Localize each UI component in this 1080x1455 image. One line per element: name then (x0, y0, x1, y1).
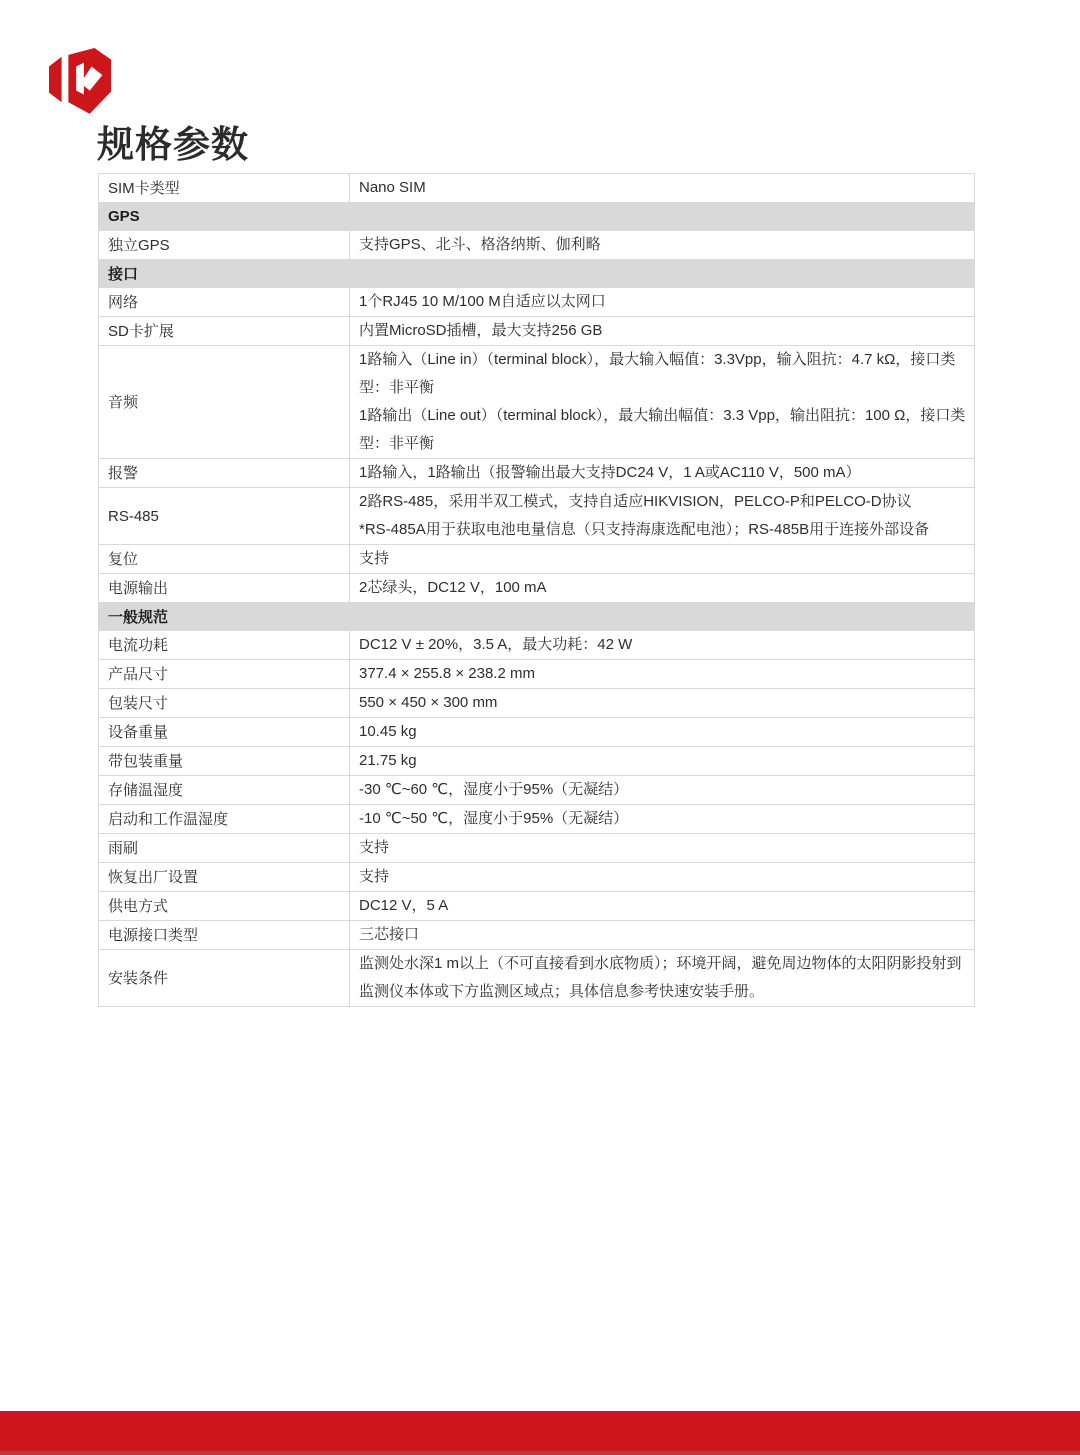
spec-label: 电流功耗 (99, 631, 350, 660)
spec-section-row: GPS (99, 203, 975, 231)
spec-row: 包装尺寸 550 × 450 × 300 mm (99, 689, 975, 718)
spec-label: 包装尺寸 (99, 689, 350, 718)
spec-value: 内置MicroSD插槽，最大支持256 GB (350, 317, 975, 346)
spec-row: 网络 1个RJ45 10 M/100 M自适应以太网口 (99, 288, 975, 317)
spec-value: -30 ℃~60 ℃，湿度小于95%（无凝结） (350, 776, 975, 805)
spec-section-header: GPS (99, 203, 975, 231)
spec-label: 恢复出厂设置 (99, 863, 350, 892)
spec-label: 安装条件 (99, 950, 350, 1007)
spec-row: 雨刷 支持 (99, 834, 975, 863)
spec-value: 21.75 kg (350, 747, 975, 776)
spec-label: SIM卡类型 (99, 174, 350, 203)
spec-value: DC12 V，5 A (350, 892, 975, 921)
spec-label: 产品尺寸 (99, 660, 350, 689)
spec-value: 三芯接口 (350, 921, 975, 950)
spec-row: 音频 1路输入（Line in）（terminal block），最大输入幅值：… (99, 346, 975, 459)
footer-bar (0, 1411, 1080, 1455)
spec-section-header: 接口 (99, 260, 975, 288)
brand-logo (49, 45, 111, 115)
spec-row: 电源输出 2芯绿头，DC12 V，100 mA (99, 574, 975, 603)
page-title: 规格参数 (97, 114, 249, 168)
spec-row: SD卡扩展 内置MicroSD插槽，最大支持256 GB (99, 317, 975, 346)
spec-row: 存储温湿度 -30 ℃~60 ℃，湿度小于95%（无凝结） (99, 776, 975, 805)
spec-row: 设备重量 10.45 kg (99, 718, 975, 747)
spec-row: 电源接口类型 三芯接口 (99, 921, 975, 950)
spec-value: 2路RS-485，采用半双工模式，支持自适应HIKVISION，PELCO-P和… (350, 488, 975, 545)
footer-bar-edge (0, 1451, 1080, 1455)
spec-row: 启动和工作温湿度 -10 ℃~50 ℃，湿度小于95%（无凝结） (99, 805, 975, 834)
spec-label: 供电方式 (99, 892, 350, 921)
spec-row: 带包装重量 21.75 kg (99, 747, 975, 776)
spec-label: 启动和工作温湿度 (99, 805, 350, 834)
spec-value: 1路输入，1路输出（报警输出最大支持DC24 V，1 A或AC110 V，500… (350, 459, 975, 488)
spec-value: 1个RJ45 10 M/100 M自适应以太网口 (350, 288, 975, 317)
spec-value: 支持 (350, 863, 975, 892)
spec-value: 支持GPS、北斗、格洛纳斯、伽利略 (350, 231, 975, 260)
spec-value: 监测处水深1 m以上（不可直接看到水底物质）；环境开阔，避免周边物体的太阳阴影投… (350, 950, 975, 1007)
spec-label: 电源接口类型 (99, 921, 350, 950)
spec-table: SIM卡类型 Nano SIM GPS 独立GPS 支持GPS、北斗、格洛纳斯、… (98, 173, 975, 1007)
spec-value: 377.4 × 255.8 × 238.2 mm (350, 660, 975, 689)
spec-value: -10 ℃~50 ℃，湿度小于95%（无凝结） (350, 805, 975, 834)
spec-value: 10.45 kg (350, 718, 975, 747)
spec-value: DC12 V ± 20%，3.5 A，最大功耗：42 W (350, 631, 975, 660)
spec-label: SD卡扩展 (99, 317, 350, 346)
spec-row: 独立GPS 支持GPS、北斗、格洛纳斯、伽利略 (99, 231, 975, 260)
spec-section-row: 接口 (99, 260, 975, 288)
spec-value: 550 × 450 × 300 mm (350, 689, 975, 718)
spec-label: 音频 (99, 346, 350, 459)
spec-label: 设备重量 (99, 718, 350, 747)
spec-row: 复位 支持 (99, 545, 975, 574)
brand-logo-icon (49, 48, 111, 114)
spec-label: 报警 (99, 459, 350, 488)
spec-label: 带包装重量 (99, 747, 350, 776)
spec-label: 复位 (99, 545, 350, 574)
spec-label: 独立GPS (99, 231, 350, 260)
spec-section-row: 一般规范 (99, 603, 975, 631)
spec-row: SIM卡类型 Nano SIM (99, 174, 975, 203)
spec-label: 电源输出 (99, 574, 350, 603)
spec-row: 安装条件 监测处水深1 m以上（不可直接看到水底物质）；环境开阔，避免周边物体的… (99, 950, 975, 1007)
spec-value: Nano SIM (350, 174, 975, 203)
spec-label: 存储温湿度 (99, 776, 350, 805)
spec-section-header: 一般规范 (99, 603, 975, 631)
spec-value: 1路输入（Line in）（terminal block），最大输入幅值：3.3… (350, 346, 975, 459)
spec-row: 电流功耗 DC12 V ± 20%，3.5 A，最大功耗：42 W (99, 631, 975, 660)
spec-row: 供电方式 DC12 V，5 A (99, 892, 975, 921)
spec-value: 支持 (350, 545, 975, 574)
spec-label: 网络 (99, 288, 350, 317)
spec-label: 雨刷 (99, 834, 350, 863)
spec-value: 2芯绿头，DC12 V，100 mA (350, 574, 975, 603)
spec-row: 恢复出厂设置 支持 (99, 863, 975, 892)
spec-value: 支持 (350, 834, 975, 863)
spec-row: 报警 1路输入，1路输出（报警输出最大支持DC24 V，1 A或AC110 V，… (99, 459, 975, 488)
spec-row: 产品尺寸 377.4 × 255.8 × 238.2 mm (99, 660, 975, 689)
spec-label: RS-485 (99, 488, 350, 545)
spec-row: RS-485 2路RS-485，采用半双工模式，支持自适应HIKVISION，P… (99, 488, 975, 545)
